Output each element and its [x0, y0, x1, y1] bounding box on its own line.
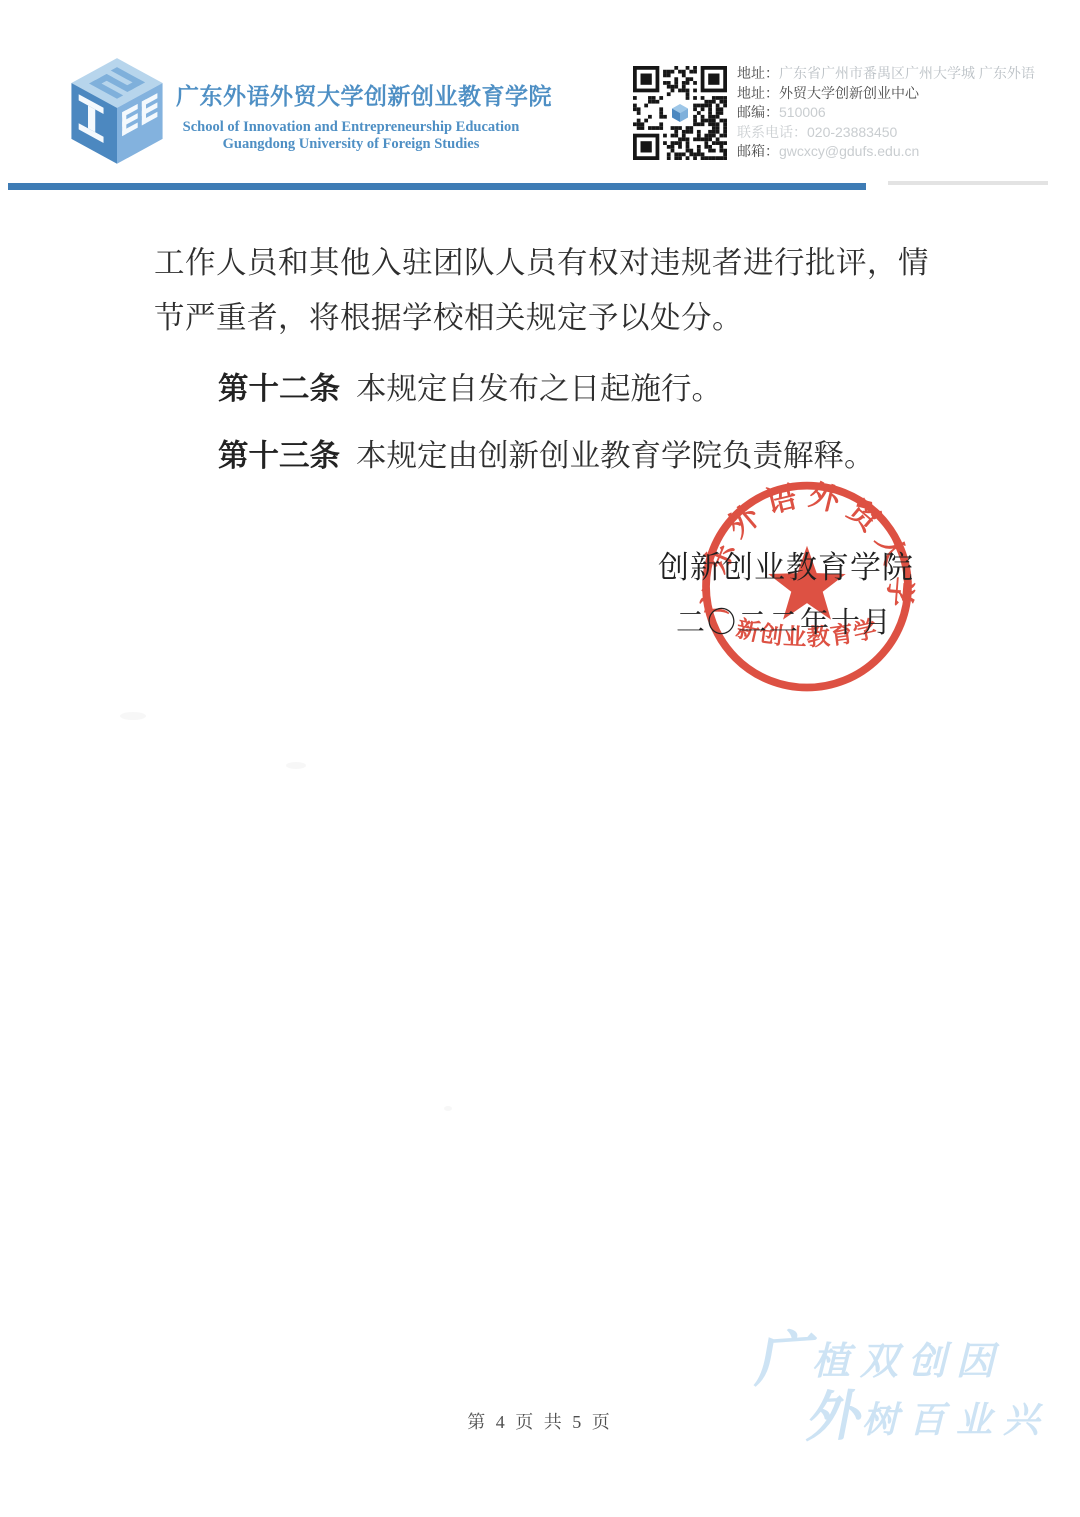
contact-block: 地址：广东省广州市番禺区广州大学城 广东外语 地址：外贸大学创新创业中心 邮编：… — [737, 64, 1047, 162]
contact-value: 广东省广州市番禺区广州大学城 广东外语 — [779, 65, 1035, 81]
paragraph-line: 节严重者，将根据学校相关规定予以处分。 — [154, 291, 932, 346]
siee-cube-logo-icon — [62, 54, 172, 170]
letterhead-title-block: 广东外语外贸大学创新创业教育学院 School of Innovation an… — [176, 78, 526, 153]
contact-phone: 联系电话：020-23883450 — [737, 123, 1047, 143]
contact-label: 地址： — [737, 65, 779, 81]
contact-value: 510006 — [779, 104, 826, 120]
watermark-char-wai: 外 — [802, 1373, 860, 1453]
contact-label: 邮箱： — [737, 143, 779, 159]
contact-email: 邮箱：gwcxcy@gdufs.edu.cn — [737, 142, 1047, 162]
contact-address-2: 地址：外贸大学创新创业中心 — [737, 84, 1047, 104]
school-title-en: School of Innovation and Entrepreneurshi… — [176, 119, 526, 136]
signature-organization: 创新创业教育学院 — [658, 542, 914, 587]
article-text: 本规定由创新创业教育学院负责解释。 — [356, 439, 875, 473]
university-title-cn: 广东外语外贸大学创新创业教育学院 — [176, 78, 526, 111]
university-title-en: Guangdong University of Foreign Studies — [176, 136, 526, 153]
signature-date: 二〇二二年十月 — [676, 600, 893, 641]
contact-zipcode: 邮编：510006 — [737, 103, 1047, 123]
contact-value: gwcxcy@gdufs.edu.cn — [779, 143, 919, 159]
watermark-line2: 树百业兴 — [862, 1392, 1050, 1443]
contact-value: 外贸大学创新创业中心 — [779, 85, 919, 101]
contact-address-1: 地址：广东省广州市番禺区广州大学城 广东外语 — [737, 64, 1047, 84]
scan-speck — [444, 1106, 452, 1111]
article-text: 本规定自发布之日起施行。 — [356, 372, 722, 406]
header-rule-faint — [888, 181, 1048, 185]
article-number: 第十三条 — [218, 439, 340, 473]
contact-value: 020-23883450 — [807, 124, 897, 140]
contact-label: 联系电话： — [737, 124, 807, 140]
official-seal-stamp: 广东外语外贸大学 创新创业教育学院 — [688, 472, 926, 705]
scan-speck — [286, 762, 306, 769]
scan-speck — [120, 712, 146, 720]
contact-label: 邮编： — [737, 104, 779, 120]
document-body: 工作人员和其他入驻团队人员有权对违规者进行批评，情 节严重者，将根据学校相关规定… — [154, 236, 932, 480]
document-page: 广东外语外贸大学创新创业教育学院 School of Innovation an… — [0, 0, 1080, 1517]
article-number: 第十二条 — [218, 372, 340, 406]
article-12: 第十二条本规定自发布之日起施行。 — [154, 365, 932, 413]
header-rule-blue — [8, 183, 866, 190]
contact-label: 地址： — [737, 85, 779, 101]
paragraph-line: 工作人员和其他入驻团队人员有权对违规者进行批评，情 — [154, 236, 932, 291]
qr-code-icon — [633, 66, 727, 160]
